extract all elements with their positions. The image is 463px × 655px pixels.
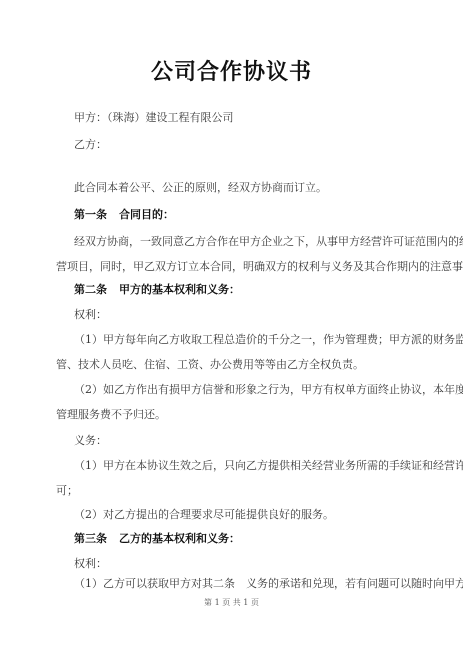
article2-right2-line1: （2）如乙方作出有损甲方信誉和形象之行为，甲方有权单方面终止协议，本年度 <box>74 383 463 397</box>
article2-duties-label: 义务： <box>74 434 107 448</box>
article2-right1-line2: 管、技术人员吃、住宿、工资、办公费用等等由乙方全权负责。 <box>56 358 364 372</box>
party-b: 乙方： <box>74 138 107 152</box>
page-footer: 第 1 页 共 1 页 <box>0 597 463 608</box>
article1-body-line1: 经双方协商，一致同意乙方合作在甲方企业之下，从事甲方经营许可证范围内的经 <box>74 235 463 249</box>
article1-number: 第一条 <box>74 208 107 221</box>
article2-heading: 第二条甲方的基本权利和义务： <box>74 283 240 297</box>
article2-rights-label: 权利： <box>74 308 107 322</box>
article3-number: 第三条 <box>74 532 107 545</box>
article1-heading: 第一条合同目的： <box>74 208 174 222</box>
article3-rights-label: 权利： <box>74 557 107 571</box>
article2-title: 甲方的基本权利和义务： <box>119 283 240 296</box>
party-a: 甲方：（珠海）建设工程有限公司 <box>74 111 234 125</box>
preamble: 此合同本着公平、公正的原则，经双方协商而订立。 <box>74 181 327 195</box>
article2-right1-line1: （1）甲方每年向乙方收取工程总造价的千分之一，作为管理费；甲方派的财务监 <box>74 333 463 347</box>
article1-title: 合同目的： <box>119 208 174 221</box>
article2-number: 第二条 <box>74 283 107 296</box>
article3-title: 乙方的基本权利和义务： <box>119 532 240 545</box>
article3-heading: 第三条乙方的基本权利和义务： <box>74 532 240 546</box>
article2-duty2-line1: （2）对乙方提出的合理要求尽可能提供良好的服务。 <box>74 508 334 522</box>
article1-body-line2: 营项目，同时，甲乙双方订立本合同，明确双方的权利与义务及其合作期内的注意事项。 <box>56 260 463 274</box>
document-title: 公司合作协议书 <box>0 55 463 86</box>
article2-right2-line2: 管理服务费不予归还。 <box>56 408 166 422</box>
article2-duty1-line1: （1）甲方在本协议生效之后，只向乙方提供相关经营业务所需的手续证和经营许 <box>74 459 463 473</box>
article2-duty1-line2: 可； <box>56 484 78 498</box>
document-page: 公司合作协议书 甲方：（珠海）建设工程有限公司 乙方： 此合同本着公平、公正的原… <box>0 0 463 655</box>
article3-right1-line1: （1）乙方可以获取甲方对其二条 义务的承诺和兑现，若有问题可以随时向甲方 <box>74 577 463 591</box>
